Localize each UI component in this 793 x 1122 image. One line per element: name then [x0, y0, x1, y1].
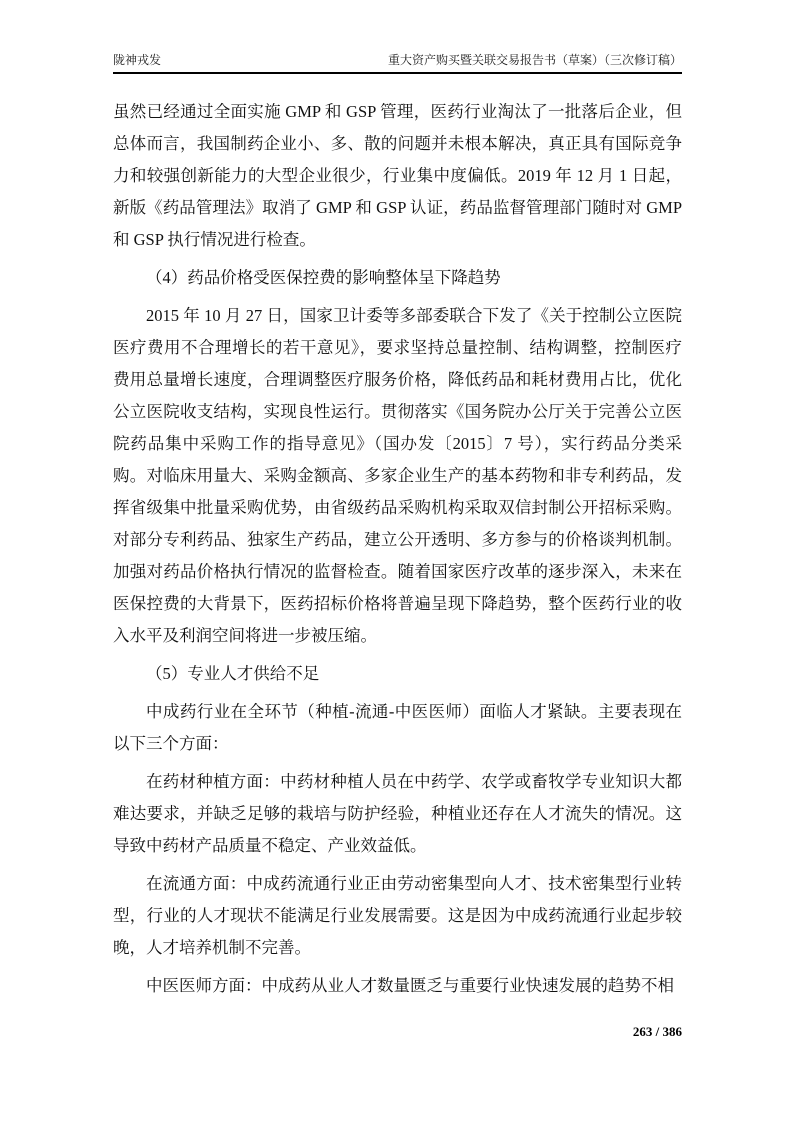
paragraph: 2015 年 10 月 27 日，国家卫计委等多部委联合下发了《关于控制公立医院… [113, 300, 682, 652]
page-header: 陇神戎发 重大资产购买暨关联交易报告书（草案）（三次修订稿） [113, 52, 682, 74]
header-company-name: 陇神戎发 [113, 52, 161, 68]
section-heading: （4）药品价格受医保控费的影响整体呈下降趋势 [113, 262, 682, 294]
header-report-title: 重大资产购买暨关联交易报告书（草案）（三次修订稿） [388, 52, 682, 68]
paragraph: 中成药行业在全环节（种植-流通-中医医师）面临人才紧缺。主要表现在以下三个方面： [113, 696, 682, 760]
document-page: 陇神戎发 重大资产购买暨关联交易报告书（草案）（三次修订稿） 虽然已经通过全面实… [0, 0, 793, 1122]
paragraph: 在流通方面：中成药流通行业正由劳动密集型向人才、技术密集型行业转型，行业的人才现… [113, 868, 682, 964]
paragraph: 在药材种植方面：中药材种植人员在中药学、农学或畜牧学专业知识大都难达要求，并缺乏… [113, 766, 682, 862]
paragraph: 虽然已经通过全面实施 GMP 和 GSP 管理，医药行业淘汰了一批落后企业，但总… [113, 96, 682, 256]
page-number: 263 / 386 [633, 1024, 682, 1040]
document-body: 虽然已经通过全面实施 GMP 和 GSP 管理，医药行业淘汰了一批落后企业，但总… [113, 96, 682, 1008]
section-heading: （5）专业人才供给不足 [113, 658, 682, 690]
paragraph: 中医医师方面：中成药从业人才数量匮乏与重要行业快速发展的趋势不相 [113, 970, 682, 1002]
